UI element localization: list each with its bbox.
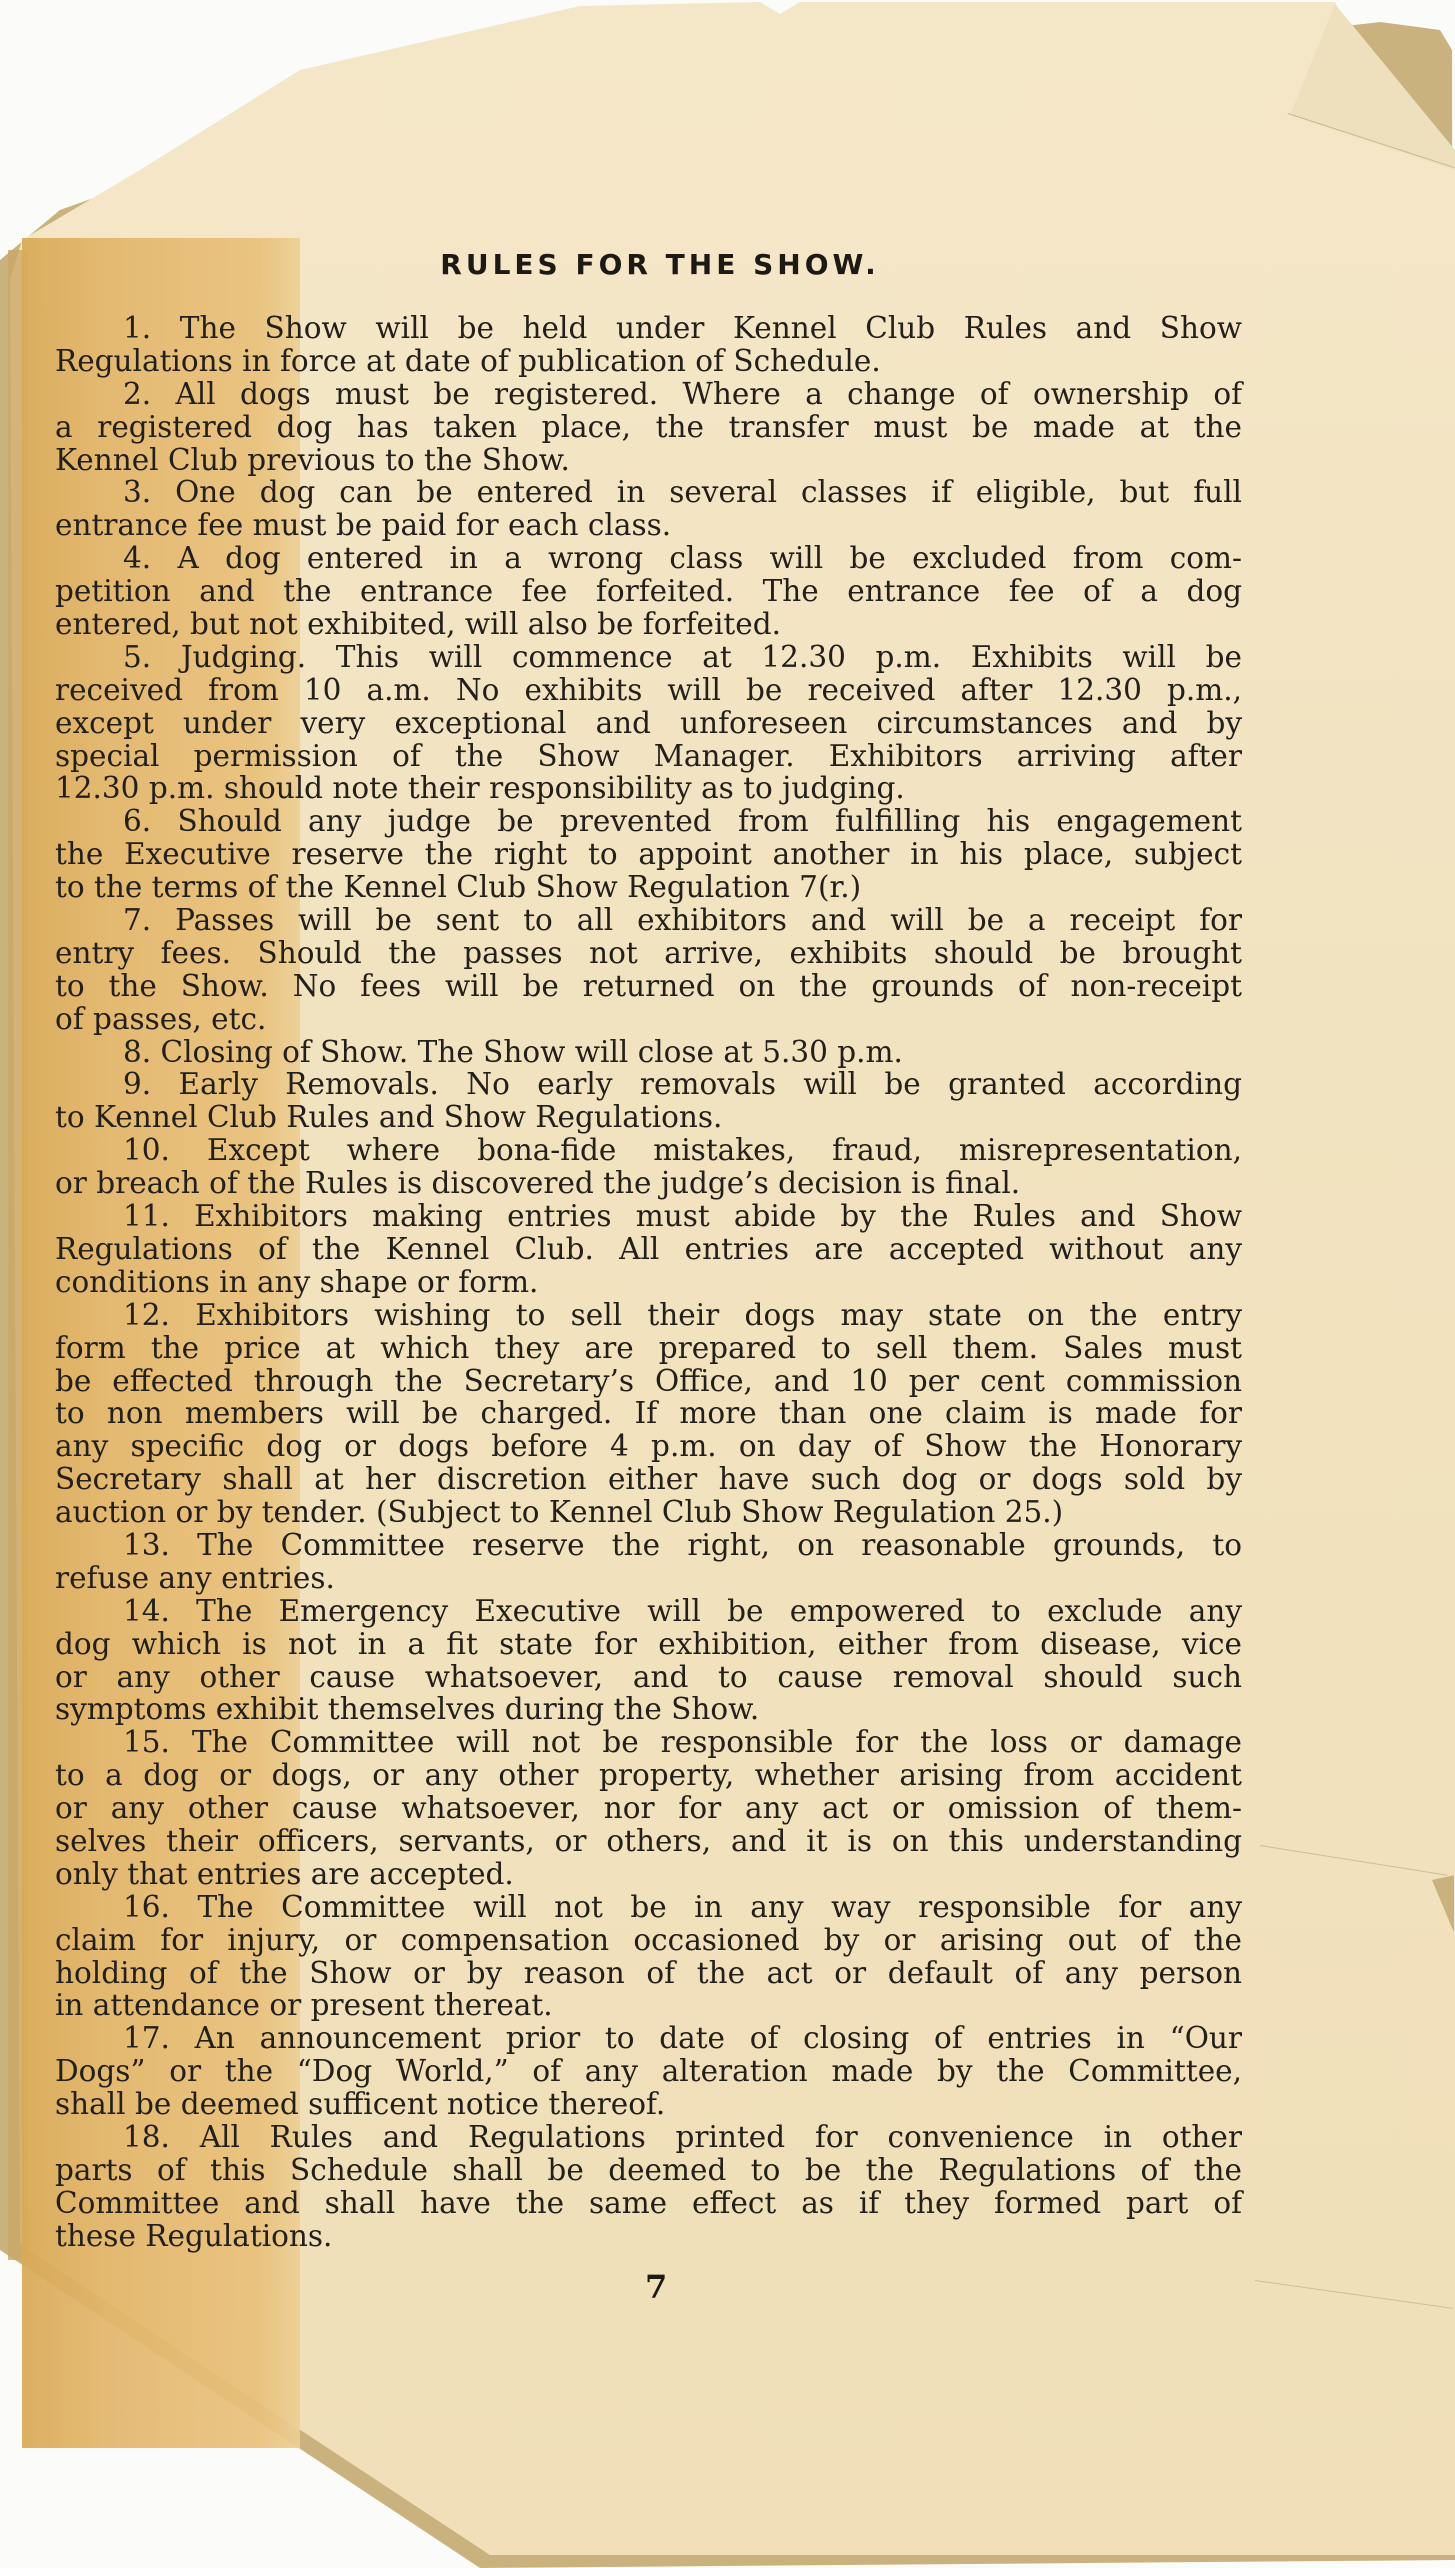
rule-item: 7. Passes will be sent to all exhibitors… [55, 904, 1242, 1036]
rule-first-line: 16. The Committee will not be in any way… [55, 1891, 1242, 1924]
rule-first-line: 17. An announcement prior to date of clo… [55, 2022, 1242, 2055]
rule-line: claim for injury, or compensation occasi… [55, 1924, 1242, 1957]
rules-list: 1. The Show will be held under Kennel Cl… [55, 312, 1242, 2253]
rule-line: these Regulations. [55, 2220, 1242, 2253]
rule-first-line: 7. Passes will be sent to all exhibitors… [55, 904, 1242, 937]
rule-line: Dogs” or the “Dog World,” of any alterat… [55, 2055, 1242, 2088]
rule-line: refuse any entries. [55, 1562, 1242, 1595]
rule-item: 18. All Rules and Regulations printed fo… [55, 2121, 1242, 2253]
rule-first-line: 8. Closing of Show. The Show will close … [55, 1036, 1242, 1069]
rule-line: to non members will be charged. If more … [55, 1397, 1242, 1430]
rule-line: or any other cause whatsoever, nor for a… [55, 1792, 1242, 1825]
rule-first-line: 6. Should any judge be prevented from fu… [55, 805, 1242, 838]
rule-line: Committee and shall have the same effect… [55, 2187, 1242, 2220]
rule-first-line: 2. All dogs must be registered. Where a … [55, 378, 1242, 411]
rule-first-line: 12. Exhibitors wishing to sell their dog… [55, 1299, 1242, 1332]
rule-line: or breach of the Rules is discovered the… [55, 1167, 1242, 1200]
rule-line: special permission of the Show Manager. … [55, 740, 1242, 773]
rule-first-line: 3. One dog can be entered in several cla… [55, 476, 1242, 509]
rule-line: entrance fee must be paid for each class… [55, 509, 1242, 542]
rule-line: entered, but not exhibited, will also be… [55, 608, 1242, 641]
rule-first-line: 1. The Show will be held under Kennel Cl… [55, 312, 1242, 345]
rule-line: form the price at which they are prepare… [55, 1332, 1242, 1365]
rule-line: Regulations of the Kennel Club. All entr… [55, 1233, 1242, 1266]
rule-line: auction or by tender. (Subject to Kennel… [55, 1496, 1242, 1529]
rule-line: to the terms of the Kennel Club Show Reg… [55, 871, 1242, 904]
rule-first-line: 11. Exhibitors making entries must abide… [55, 1200, 1242, 1233]
rule-first-line: 4. A dog entered in a wrong class will b… [55, 542, 1242, 575]
rule-item: 2. All dogs must be registered. Where a … [55, 378, 1242, 477]
rule-line: Secretary shall at her discretion either… [55, 1463, 1242, 1496]
rule-item: 4. A dog entered in a wrong class will b… [55, 542, 1242, 641]
rule-line: entry fees. Should the passes not arrive… [55, 937, 1242, 970]
rule-line: symptoms exhibit themselves during the S… [55, 1693, 1242, 1726]
rule-line: any specific dog or dogs before 4 p.m. o… [55, 1430, 1242, 1463]
rule-line: of passes, etc. [55, 1003, 1242, 1036]
rule-first-line: 10. Except where bona-fide mistakes, fra… [55, 1134, 1242, 1167]
rule-first-line: 9. Early Removals. No early removals wil… [55, 1068, 1242, 1101]
rule-line: be effected through the Secretary’s Offi… [55, 1365, 1242, 1398]
rule-line: or any other cause whatsoever, and to ca… [55, 1661, 1242, 1694]
rule-line: a registered dog has taken place, the tr… [55, 411, 1242, 444]
rule-item: 3. One dog can be entered in several cla… [55, 476, 1242, 542]
rule-line: to the Show. No fees will be returned on… [55, 970, 1242, 1003]
rule-item: 17. An announcement prior to date of clo… [55, 2022, 1242, 2121]
rule-line: to a dog or dogs, or any other property,… [55, 1759, 1242, 1792]
rule-line: Regulations in force at date of publicat… [55, 345, 1242, 378]
rule-item: 9. Early Removals. No early removals wil… [55, 1068, 1242, 1134]
rule-item: 16. The Committee will not be in any way… [55, 1891, 1242, 2023]
rule-item: 1. The Show will be held under Kennel Cl… [55, 312, 1242, 378]
rule-first-line: 18. All Rules and Regulations printed fo… [55, 2121, 1242, 2154]
rule-item: 14. The Emergency Executive will be empo… [55, 1595, 1242, 1727]
rule-line: in attendance or present thereat. [55, 1989, 1242, 2022]
rule-line: 12.30 p.m. should note their responsibil… [55, 772, 1242, 805]
rule-line: conditions in any shape or form. [55, 1266, 1242, 1299]
rule-first-line: 5. Judging. This will commence at 12.30 … [55, 641, 1242, 674]
rule-line: holding of the Show or by reason of the … [55, 1957, 1242, 1990]
rule-item: 10. Except where bona-fide mistakes, fra… [55, 1134, 1242, 1200]
rule-item: 6. Should any judge be prevented from fu… [55, 805, 1242, 904]
rule-first-line: 15. The Committee will not be responsibl… [55, 1726, 1242, 1759]
page-number: 7 [645, 2268, 667, 2306]
rule-line: shall be deemed sufficent notice thereof… [55, 2088, 1242, 2121]
rule-line: petition and the entrance fee forfeited.… [55, 575, 1242, 608]
rule-line: except under very exceptional and unfore… [55, 707, 1242, 740]
rule-first-line: 14. The Emergency Executive will be empo… [55, 1595, 1242, 1628]
document-title: RULES FOR THE SHOW. [0, 248, 1320, 281]
rule-line: Kennel Club previous to the Show. [55, 444, 1242, 477]
rule-line: parts of this Schedule shall be deemed t… [55, 2154, 1242, 2187]
rule-line: selves their officers, servants, or othe… [55, 1825, 1242, 1858]
rule-first-line: 13. The Committee reserve the right, on … [55, 1529, 1242, 1562]
rule-item: 11. Exhibitors making entries must abide… [55, 1200, 1242, 1299]
rule-line: to Kennel Club Rules and Show Regulation… [55, 1101, 1242, 1134]
rule-item: 15. The Committee will not be responsibl… [55, 1726, 1242, 1890]
rule-line: received from 10 a.m. No exhibits will b… [55, 674, 1242, 707]
rule-line: only that entries are accepted. [55, 1858, 1242, 1891]
rule-item: 12. Exhibitors wishing to sell their dog… [55, 1299, 1242, 1529]
rule-line: the Executive reserve the right to appoi… [55, 838, 1242, 871]
rule-item: 13. The Committee reserve the right, on … [55, 1529, 1242, 1595]
rule-item: 5. Judging. This will commence at 12.30 … [55, 641, 1242, 805]
rule-item: 8. Closing of Show. The Show will close … [55, 1036, 1242, 1069]
rule-line: dog which is not in a fit state for exhi… [55, 1628, 1242, 1661]
